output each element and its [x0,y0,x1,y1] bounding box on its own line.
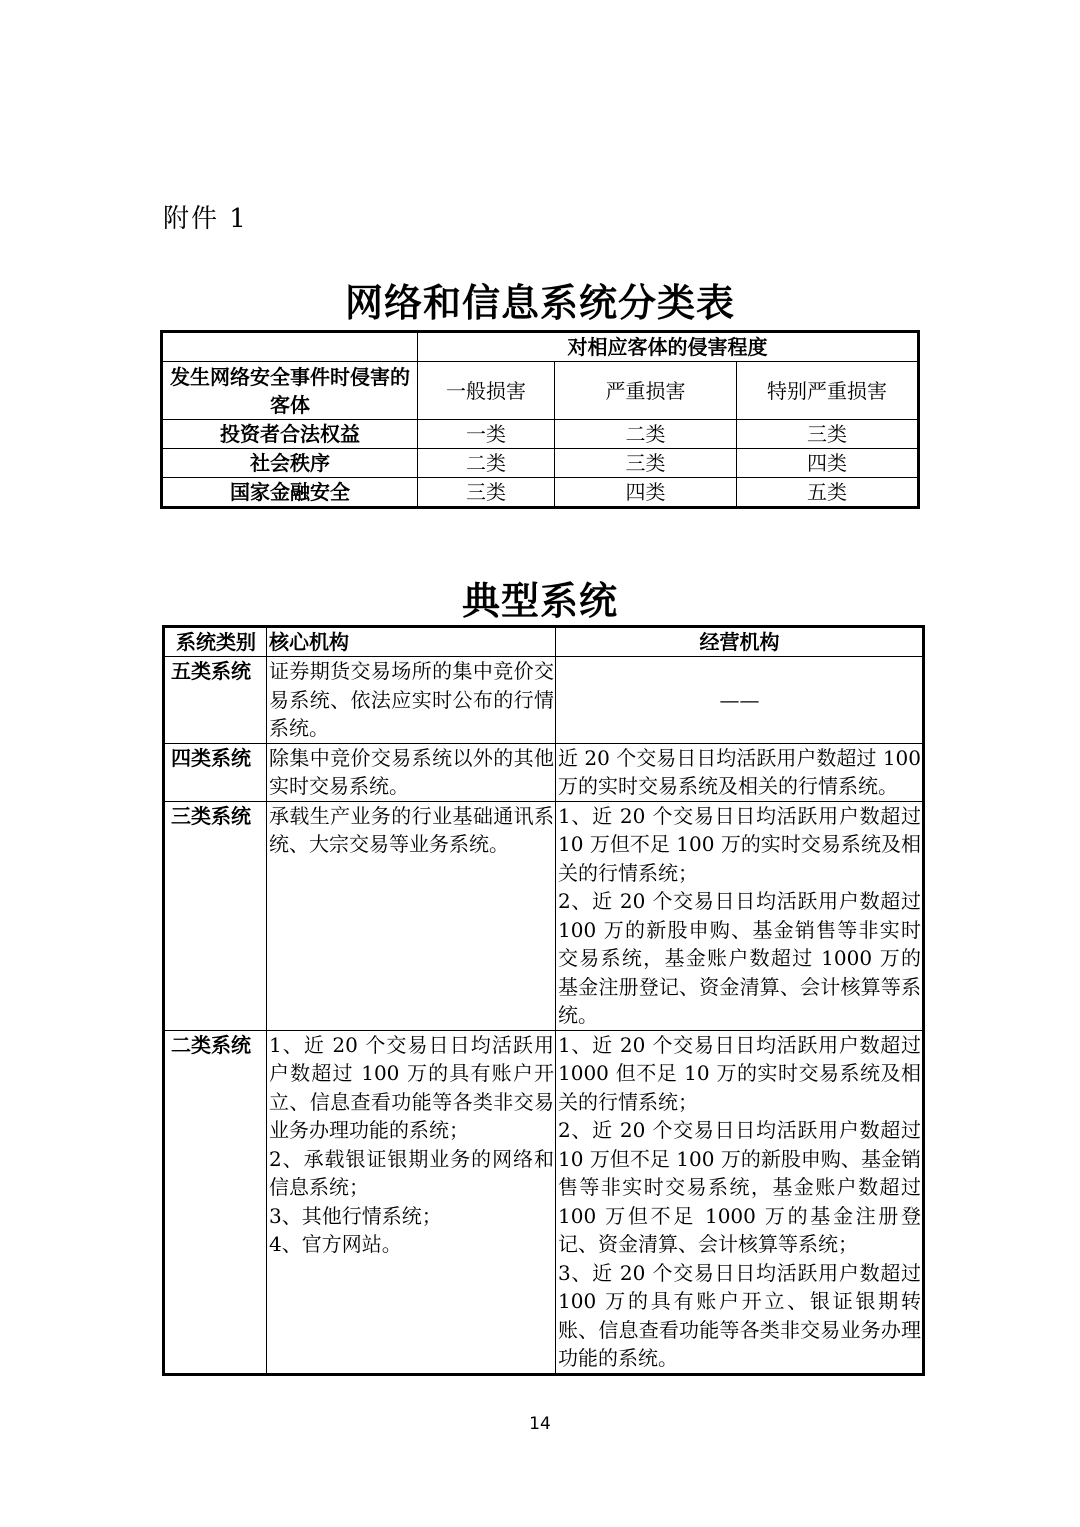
core-item: 3、其他行情系统； [269,1202,554,1231]
operating-item: 1、近 20 个交易日日均活跃用户数超过 1000 但不足 10 万的实时交易系… [558,1031,921,1117]
table-row: 投资者合法权益 一类 二类 三类 [162,420,919,449]
object-label: 国家金融安全 [162,478,418,508]
class-cell: 二类 [555,420,737,449]
table-row: 国家金融安全 三类 四类 五类 [162,478,919,508]
page-number: 14 [0,1414,1080,1434]
class-cell: 三类 [418,478,555,508]
dash-placeholder: —— [720,688,760,712]
category-label: 三类系统 [164,801,267,1030]
category-label: 四类系统 [164,743,267,801]
typical-systems-table: 系统类别 核心机构 经营机构 五类系统 证券期货交易场所的集中竞价交易系统、依法… [162,625,925,1376]
core-cell: 1、近 20 个交易日日均活跃用户数超过 100 万的具有账户开立、信息查看功能… [267,1030,556,1374]
core-item: 4、官方网站。 [269,1230,554,1259]
core-cell: 除集中竞价交易系统以外的其他实时交易系统。 [267,743,556,801]
class-cell: 三类 [555,449,737,478]
blank-header-cell [162,332,418,362]
class-cell: 四类 [555,478,737,508]
class-cell: 三类 [737,420,919,449]
core-item: 2、承载银证银期业务的网络和信息系统； [269,1145,554,1202]
class-cell: 二类 [418,449,555,478]
header-operating: 经营机构 [556,627,924,657]
attachment-label: 附件 1 [163,198,248,235]
operating-cell: —— [556,657,924,744]
table-row: 三类系统 承载生产业务的行业基础通讯系统、大宗交易等业务系统。 1、近 20 个… [164,801,924,1030]
table-row: 社会秩序 二类 三类 四类 [162,449,919,478]
category-label: 二类系统 [164,1030,267,1374]
level-header: 严重损害 [555,362,737,420]
class-cell: 四类 [737,449,919,478]
level-header: 一般损害 [418,362,555,420]
table-row: 四类系统 除集中竞价交易系统以外的其他实时交易系统。 近 20 个交易日日均活跃… [164,743,924,801]
core-cell: 证券期货交易场所的集中竞价交易系统、依法应实时公布的行情系统。 [267,657,556,744]
operating-cell: 近 20 个交易日日均活跃用户数超过 100 万的实时交易系统及相关的行情系统。 [556,743,924,801]
operating-item: 2、近 20 个交易日日均活跃用户数超过 10 万但不足 100 万的新股申购、… [558,1116,921,1259]
table-row: 五类系统 证券期货交易场所的集中竞价交易系统、依法应实时公布的行情系统。 —— [164,657,924,744]
category-label: 五类系统 [164,657,267,744]
classification-table-title: 网络和信息系统分类表 [0,272,1080,327]
operating-item: 3、近 20 个交易日日均活跃用户数超过 100 万的具有账户开立、银证银期转账… [558,1259,921,1373]
operating-item: 1、近 20 个交易日日均活跃用户数超过 10 万但不足 100 万的实时交易系… [558,802,921,888]
typical-systems-title: 典型系统 [0,570,1080,625]
level-header: 特别严重损害 [737,362,919,420]
classification-table: 对相应客体的侵害程度 发生网络安全事件时侵害的客体 一般损害 严重损害 特别严重… [160,330,920,509]
operating-cell: 1、近 20 个交易日日均活跃用户数超过 10 万但不足 100 万的实时交易系… [556,801,924,1030]
header-category: 系统类别 [164,627,267,657]
core-text: 承载生产业务的行业基础通讯系统、大宗交易等业务系统。 [269,802,554,859]
header-core: 核心机构 [267,627,556,657]
core-text: 除集中竞价交易系统以外的其他实时交易系统。 [269,744,554,801]
table-row: 二类系统 1、近 20 个交易日日均活跃用户数超过 100 万的具有账户开立、信… [164,1030,924,1374]
damage-degree-header: 对相应客体的侵害程度 [418,332,919,362]
object-label: 投资者合法权益 [162,420,418,449]
core-cell: 承载生产业务的行业基础通讯系统、大宗交易等业务系统。 [267,801,556,1030]
core-text: 证券期货交易场所的集中竞价交易系统、依法应实时公布的行情系统。 [269,657,554,743]
object-header: 发生网络安全事件时侵害的客体 [162,362,418,420]
class-cell: 一类 [418,420,555,449]
operating-text: 近 20 个交易日日均活跃用户数超过 100 万的实时交易系统及相关的行情系统。 [558,744,921,801]
class-cell: 五类 [737,478,919,508]
core-item: 1、近 20 个交易日日均活跃用户数超过 100 万的具有账户开立、信息查看功能… [269,1031,554,1145]
operating-item: 2、近 20 个交易日日均活跃用户数超过 100 万的新股申购、基金销售等非实时… [558,887,921,1030]
operating-cell: 1、近 20 个交易日日均活跃用户数超过 1000 但不足 10 万的实时交易系… [556,1030,924,1374]
object-label: 社会秩序 [162,449,418,478]
